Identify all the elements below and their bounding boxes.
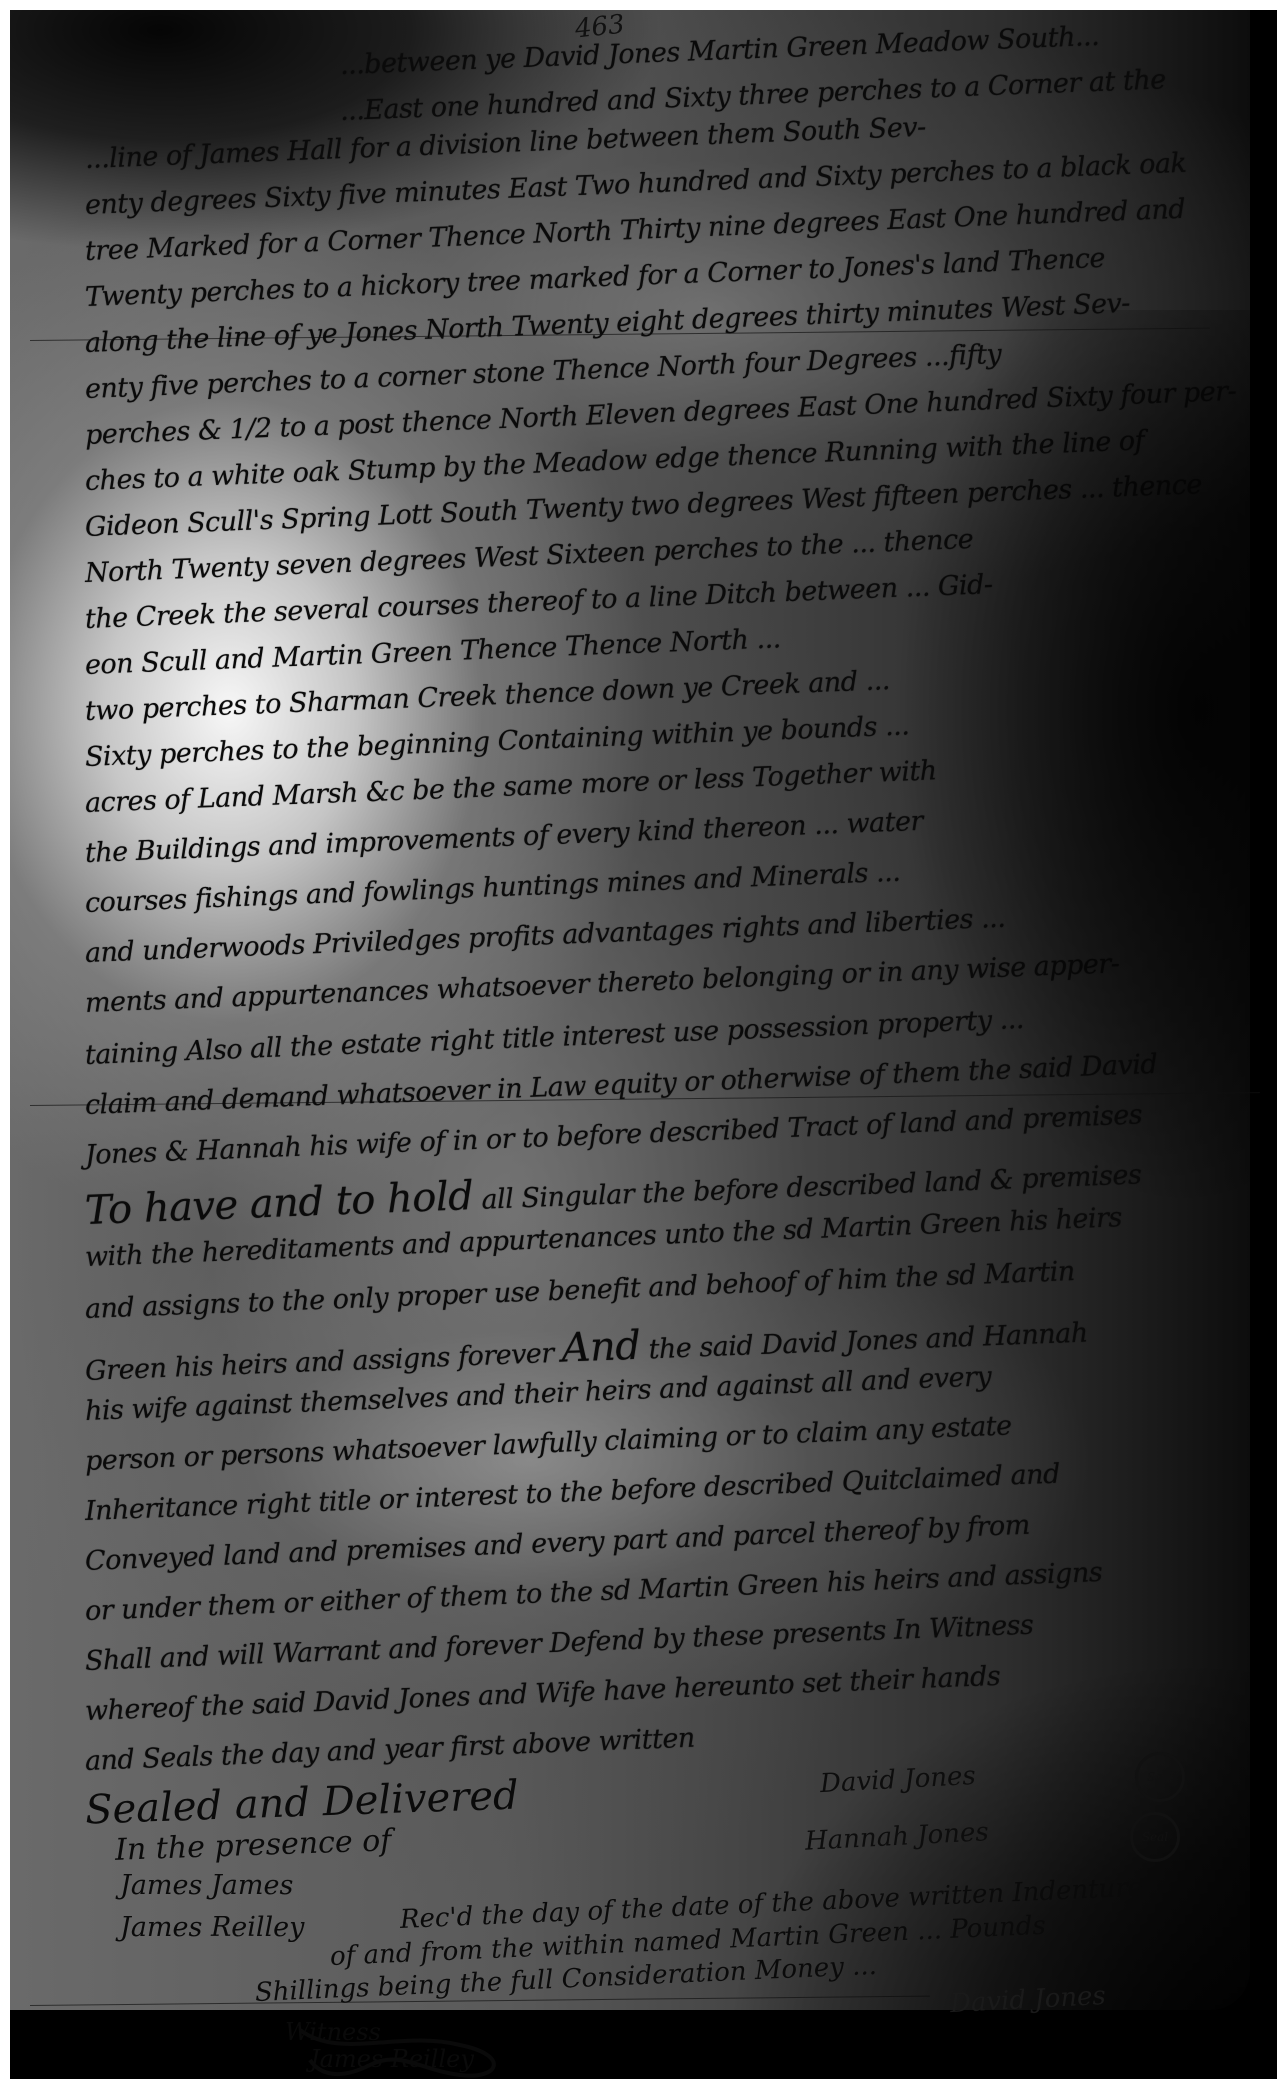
witness-signature: James Reilley <box>120 1912 304 1943</box>
witness-signature: James James <box>120 1870 293 1901</box>
seal-icon: Seal <box>1135 1752 1185 1802</box>
seal-icon: Seal <box>1130 1812 1180 1862</box>
flourish-icon <box>280 2020 520 2090</box>
warranty-lead: And <box>561 1323 641 1372</box>
scanned-page-frame: 463 ...between ye David Jones Martin Gre… <box>10 10 1277 2079</box>
